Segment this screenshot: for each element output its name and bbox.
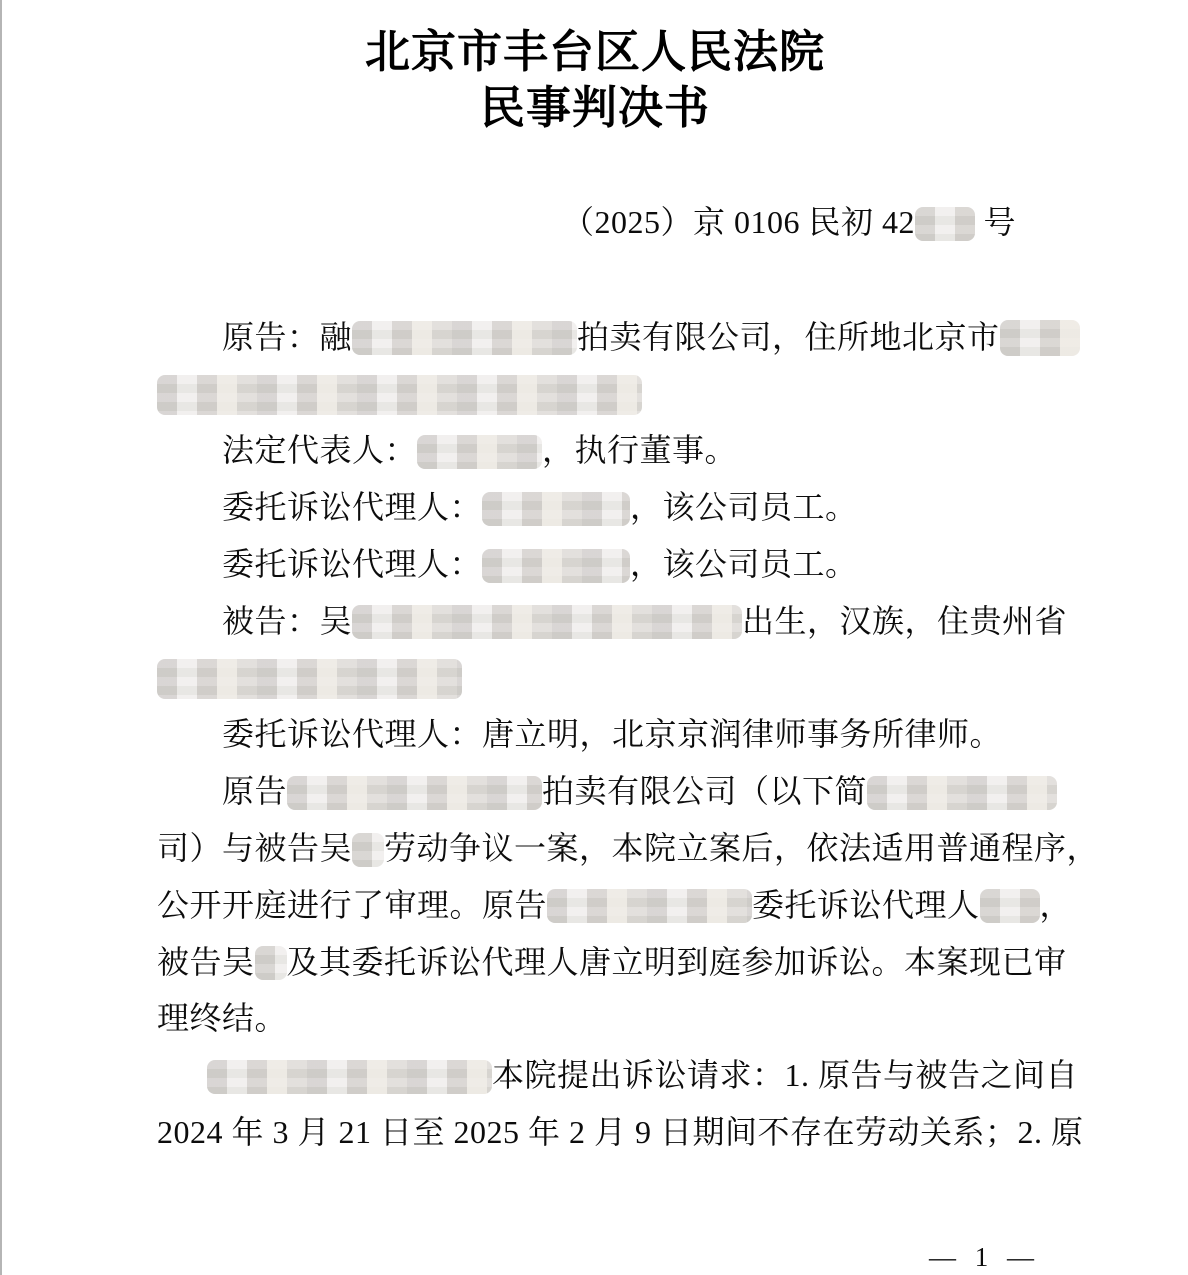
document-title-block: 北京市丰台区人民法院 民事判决书 — [2, 24, 1188, 136]
text-segment: 法定代表人： — [222, 432, 417, 468]
redacted-text — [915, 207, 975, 241]
document-body: （2025）京 0106 民初 42 号原告：融拍卖有限公司，住所地北京市法定代… — [157, 194, 1078, 1161]
text-segment: 号 — [975, 204, 1016, 240]
claims-line-2: 2024 年 3 月 21 日至 2025 年 2 月 9 日期间不存在劳动关系… — [157, 1104, 1078, 1161]
redacted-text — [482, 549, 630, 583]
text-segment: ，该公司员工。 — [630, 546, 858, 582]
text-segment: 拍卖有限公司（以下简 — [542, 773, 867, 809]
redacted-text — [157, 375, 642, 415]
text-segment: ，执行董事。 — [542, 432, 737, 468]
redacted-text — [417, 435, 542, 469]
text-segment: 委托诉讼代理人 — [752, 887, 980, 923]
text-segment: 理终结。 — [157, 1000, 287, 1036]
redacted-text — [207, 1060, 492, 1094]
text-segment: 原告：融 — [222, 319, 352, 355]
text-segment: 司）与被告吴 — [157, 830, 352, 866]
case-number-line: （2025）京 0106 民初 42 号 — [157, 194, 1078, 251]
text-segment: 劳动争议一案，本院立案后，依法适用普通程序， — [384, 830, 1099, 866]
text-segment: 本院提出诉讼请求：1. 原告与被告之间自 — [492, 1057, 1078, 1093]
redacted-text — [867, 776, 1057, 810]
text-segment: 原告 — [222, 773, 287, 809]
text-segment: ， — [1040, 887, 1073, 923]
case-summary-line-4: 被告吴及其委托诉讼代理人唐立明到庭参加诉讼。本案现已审 — [157, 934, 1078, 991]
text-segment: （2025）京 0106 民初 42 — [562, 204, 915, 240]
text-segment: 2024 年 3 月 21 日至 2025 年 2 月 9 日期间不存在劳动关系… — [157, 1114, 1084, 1150]
redacted-text — [287, 776, 542, 810]
case-summary-line-5: 理终结。 — [157, 990, 1078, 1047]
plaintiff-line: 原告：融拍卖有限公司，住所地北京市 — [157, 309, 1078, 366]
document-type-title: 民事判决书 — [2, 80, 1188, 136]
case-summary-line-1: 原告拍卖有限公司（以下简 — [157, 763, 1078, 820]
defendant-line: 被告：吴出生，汉族，住贵州省 — [157, 593, 1078, 650]
plaintiff-agent-line-2: 委托诉讼代理人：，该公司员工。 — [157, 536, 1078, 593]
text-segment: 被告：吴 — [222, 603, 352, 639]
plaintiff-address-redacted-line — [157, 366, 1078, 423]
text-segment: 出生，汉族，住贵州省 — [742, 603, 1067, 639]
redacted-text — [980, 889, 1040, 923]
redacted-text — [255, 946, 287, 980]
text-segment: 委托诉讼代理人： — [222, 546, 482, 582]
text-segment: 被告吴 — [157, 944, 255, 980]
text-segment: 委托诉讼代理人： — [222, 489, 482, 525]
text-segment: ，该公司员工。 — [630, 489, 858, 525]
redacted-text — [482, 492, 630, 526]
redacted-text — [157, 659, 462, 699]
text-segment: 公开开庭进行了审理。原告 — [157, 887, 547, 923]
redacted-text — [547, 889, 752, 923]
redacted-text — [352, 321, 577, 355]
text-segment: 委托诉讼代理人：唐立明，北京京润律师事务所律师。 — [222, 716, 1002, 752]
legal-representative-line: 法定代表人：，执行董事。 — [157, 422, 1078, 479]
case-summary-line-2: 司）与被告吴劳动争议一案，本院立案后，依法适用普通程序， — [157, 820, 1078, 877]
defendant-address-redacted-line — [157, 650, 1078, 707]
redacted-text — [1000, 320, 1080, 356]
text-segment: 及其委托诉讼代理人唐立明到庭参加诉讼。本案现已审 — [287, 944, 1067, 980]
case-summary-line-3: 公开开庭进行了审理。原告委托诉讼代理人， — [157, 877, 1078, 934]
redacted-text — [352, 605, 742, 639]
defendant-agent-line: 委托诉讼代理人：唐立明，北京京润律师事务所律师。 — [157, 706, 1078, 763]
judgment-document-page: 北京市丰台区人民法院 民事判决书 （2025）京 0106 民初 42 号原告：… — [0, 0, 1188, 1275]
text-segment: 拍卖有限公司，住所地北京市 — [577, 319, 1000, 355]
page-number: — 1 — — [929, 1242, 1040, 1273]
plaintiff-agent-line-1: 委托诉讼代理人：，该公司员工。 — [157, 479, 1078, 536]
redacted-text — [352, 833, 384, 867]
court-name-title: 北京市丰台区人民法院 — [2, 24, 1188, 80]
claims-line-1: 本院提出诉讼请求：1. 原告与被告之间自 — [157, 1047, 1078, 1104]
